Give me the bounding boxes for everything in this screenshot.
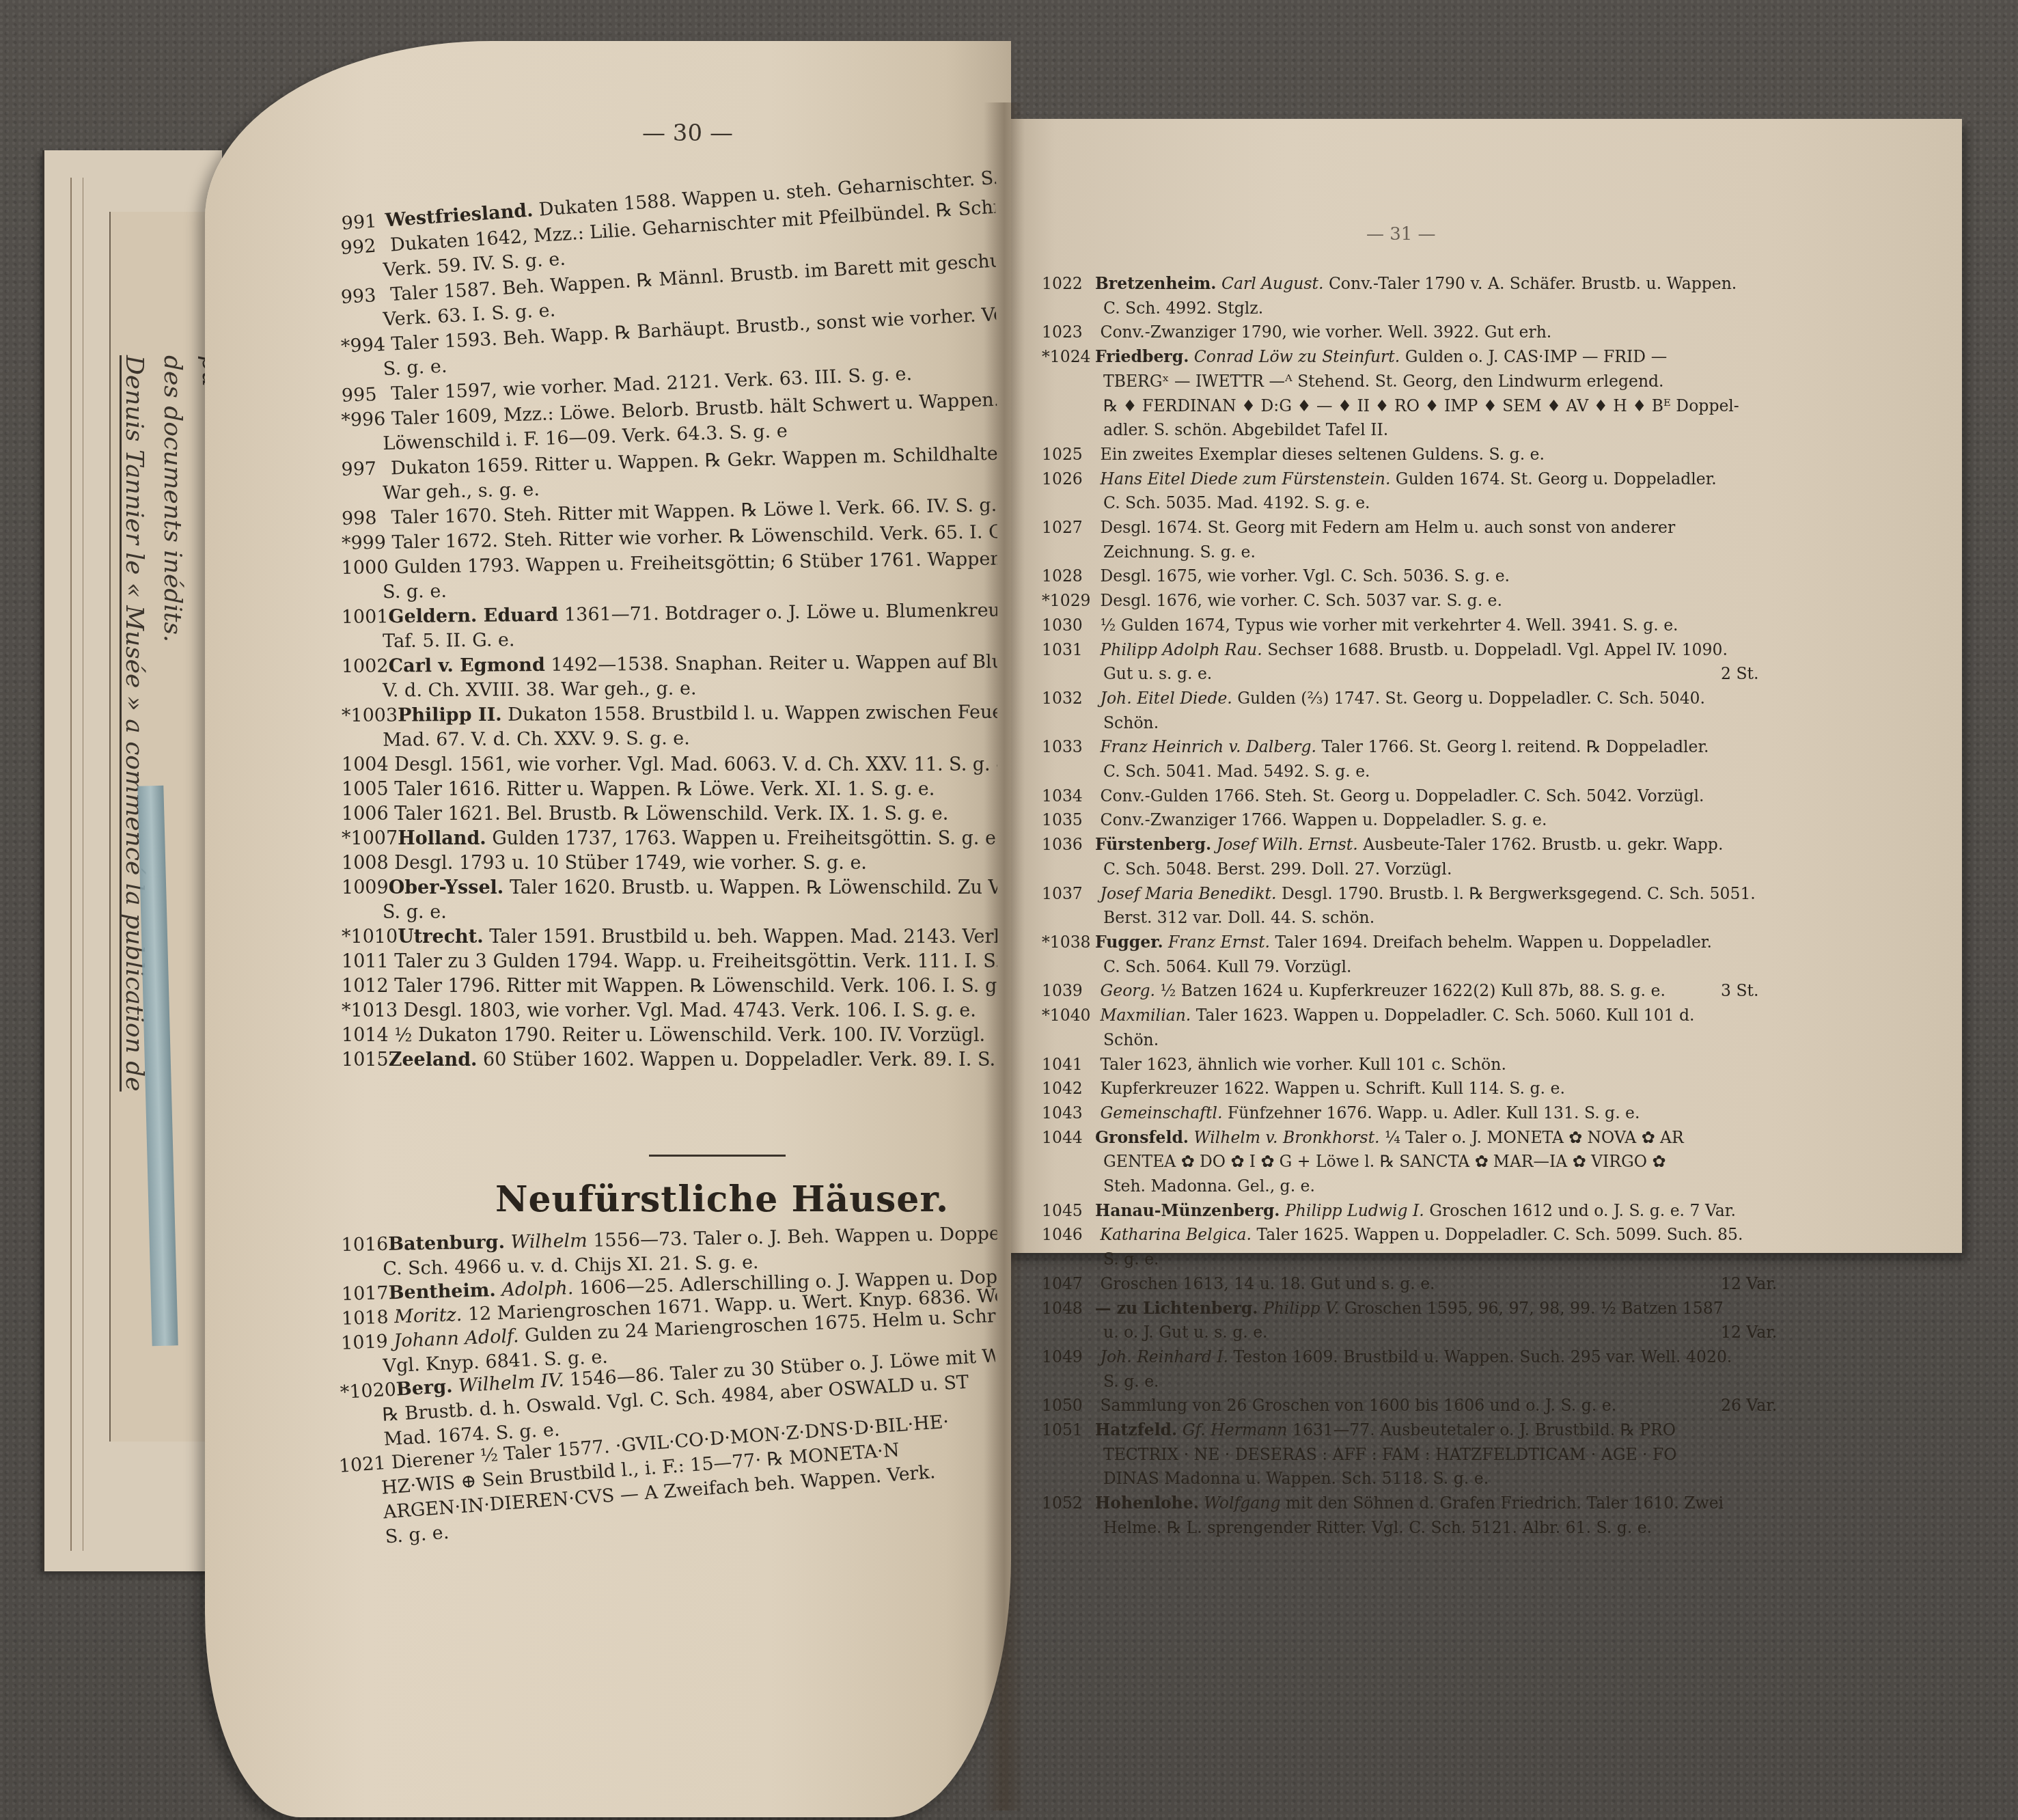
catalogue-entry: 1027 Desgl. 1674. St. Georg mit Federn a… <box>1042 516 1786 564</box>
catalogue-entry: 1006 Taler 1621. Bel. Brustb. ℞ Löwensch… <box>342 802 997 827</box>
catalogue-entry: 1032 Joh. Eitel Diede. Gulden (⅔) 1747. … <box>1042 687 1786 735</box>
entry-description: Desgl. 1676, wie vorher. C. Sch. 5037 va… <box>1100 591 1502 610</box>
entry-continuation: C. Sch. 5041. Mad. 5492. S. g. e. <box>1103 760 1786 784</box>
right-page-entries: 1022Bretzenheim. Carl August. Conv.-Tale… <box>1042 272 1786 1541</box>
catalogue-entry: 1004 Desgl. 1561, wie vorher. Vgl. Mad. … <box>342 753 997 777</box>
entry-place: Utrecht. <box>398 926 483 948</box>
lot-number: 1046 <box>1042 1223 1095 1247</box>
lot-number: 1033 <box>1042 735 1095 760</box>
catalogue-entry: 1012 Taler 1796. Ritter mit Wappen. ℞ Lö… <box>342 974 997 999</box>
lot-number: *1038 <box>1042 930 1095 955</box>
entry-description: Conv.-Gulden 1766. Steh. St. Georg u. Do… <box>1100 786 1704 805</box>
entry-description: Desgl. 1561, wie vorher. Vgl. Mad. 6063.… <box>394 754 997 775</box>
entry-continuation: GENTEA ✿ DO ✿ I ✿ G + Löwe l. ℞ SANCTA ✿… <box>1103 1150 1786 1174</box>
lot-number: 992 <box>340 234 385 261</box>
catalogue-entry: 1036Fürstenberg. Josef Wilh. Ernst. Ausb… <box>1042 833 1786 881</box>
lot-number: *1020 <box>340 1377 397 1405</box>
lot-number: 1045 <box>1042 1199 1095 1224</box>
lot-number: 995 <box>341 383 385 409</box>
entry-ruler: Katharina Belgica. <box>1100 1225 1251 1244</box>
entry-ruler: Josef Wilh. Ernst. <box>1217 835 1358 854</box>
lot-number: *996 <box>341 407 386 433</box>
entry-description: Conv.-Zwanziger 1766. Wappen u. Doppelad… <box>1100 810 1547 829</box>
cover-border-rule <box>70 178 72 1551</box>
entry-description: Taler 1620. Brustb. u. Wappen. ℞ Löwensc… <box>510 877 997 898</box>
entry-place: Gronsfeld. <box>1095 1128 1189 1147</box>
lot-number: 1004 <box>342 753 389 777</box>
entry-ruler: Joh. Eitel Diede. <box>1100 689 1232 708</box>
entry-place: Fürstenberg. <box>1095 835 1211 854</box>
entry-description: Ausbeute-Taler 1762. Brustb. u. gekr. Wa… <box>1363 835 1723 854</box>
entry-ruler: Maxmilian. <box>1100 1006 1191 1025</box>
entry-continuation: C. Sch. 4992. Stglz. <box>1103 297 1786 321</box>
lot-number: *1029 <box>1042 589 1095 613</box>
entry-continuation: C. Sch. 5048. Berst. 299. Doll. 27. Vorz… <box>1103 857 1786 882</box>
catalogue-entry: *1029 Desgl. 1676, wie vorher. C. Sch. 5… <box>1042 589 1786 613</box>
entry-continuation: TBERGˣ — IWETTR —ᴬ Stehend. St. Georg, d… <box>1103 370 1786 394</box>
entry-description: 1492—1538. Snaphan. Reiter u. Wappen auf… <box>551 651 997 676</box>
catalogue-entry: 1043 Gemeinschaftl. Fünfzehner 1676. Wap… <box>1042 1101 1786 1126</box>
entry-ruler: Gf. Hermann <box>1183 1420 1288 1439</box>
lot-number: *1010 <box>342 925 398 950</box>
entry-ruler: Wilhelm v. Bronkhorst. <box>1194 1128 1380 1147</box>
lot-number: 1012 <box>342 974 389 999</box>
entry-description: mit den Söhnen d. Grafen Friedrich. Tale… <box>1286 1493 1724 1513</box>
lot-number: 1043 <box>1042 1101 1095 1126</box>
entry-continuation: Schön. <box>1103 1028 1786 1053</box>
entry-description: Kupferkreuzer 1622. Wappen u. Schrift. K… <box>1100 1079 1564 1098</box>
entry-description: Gulden o. J. CAS·IMP — FRID — <box>1405 347 1667 366</box>
entry-continuation: Gut u. s. g. e. <box>1103 662 1786 687</box>
entry-ruler: Wilhelm <box>510 1230 588 1253</box>
entry-description: Groschen 1612 und o. J. S. g. e. 7 Var. <box>1429 1201 1736 1220</box>
catalogue-entry: 1045Hanau-Münzenberg. Philipp Ludwig I. … <box>1042 1199 1786 1224</box>
lot-number: *999 <box>342 531 387 556</box>
lot-number: 1031 <box>1042 638 1095 663</box>
lot-number: *1003 <box>342 704 398 728</box>
catalogue-entry: 1050 Sammlung von 26 Groschen von 1600 b… <box>1042 1394 1786 1418</box>
entry-continuation: Steh. Madonna. Gel., g. e. <box>1103 1174 1786 1199</box>
lot-number: 1028 <box>1042 564 1095 589</box>
catalogue-entry: 1052Hohenlohe. Wolfgang mit den Söhnen d… <box>1042 1491 1786 1540</box>
entry-ruler: Carl August. <box>1221 274 1323 293</box>
entry-ruler: Johann Adolf. <box>393 1325 519 1352</box>
entry-description: Taler 1625. Wappen u. Doppeladler. C. Sc… <box>1256 1225 1743 1244</box>
entry-description: Desgl. 1675, wie vorher. Vgl. C. Sch. 50… <box>1100 566 1510 585</box>
catalogue-entry: *1040 Maxmilian. Taler 1623. Wappen u. D… <box>1042 1004 1786 1052</box>
catalogue-entry: *1003Philipp II. Dukaton 1558. Brustbild… <box>342 700 997 753</box>
entry-place: Holland. <box>398 828 486 849</box>
cover-border-rule <box>83 178 83 1551</box>
entry-description: Desgl. 1793 u. 10 Stüber 1749, wie vorhe… <box>394 853 867 874</box>
entry-description: Taler zu 3 Gulden 1794. Wapp. u. Freihei… <box>394 951 997 972</box>
lot-number: 1025 <box>1042 443 1095 467</box>
lot-number: 997 <box>341 456 385 482</box>
section-divider <box>649 1155 786 1157</box>
entry-continuation: Berst. 312 var. Doll. 44. S. schön. <box>1103 906 1786 930</box>
entry-continuation: DINAS Madonna u. Wappen. Sch. 5118. S. g… <box>1103 1467 1786 1491</box>
entry-description: Desgl. 1674. St. Georg mit Federn am Hel… <box>1100 518 1675 537</box>
entry-ruler: Adolph. <box>501 1278 574 1301</box>
entry-place: Bentheim. <box>388 1280 496 1304</box>
catalogue-entry: 1031 Philipp Adolph Rau. Sechser 1688. B… <box>1042 638 1786 687</box>
catalogue-entry: *1013 Desgl. 1803, wie vorher. Vgl. Mad.… <box>342 999 997 1023</box>
catalogue-entry: 1028 Desgl. 1675, wie vorher. Vgl. C. Sc… <box>1042 564 1786 589</box>
lot-number: 1035 <box>1042 808 1095 833</box>
entry-ruler: Franz Ernst. <box>1168 933 1270 952</box>
entry-ruler: Philipp V. <box>1263 1299 1339 1318</box>
catalogue-entry: 1041 Taler 1623, ähnlich wie vorher. Kul… <box>1042 1053 1786 1077</box>
catalogue-entry: 1034 Conv.-Gulden 1766. Steh. St. Georg … <box>1042 784 1786 809</box>
entry-description: Sechser 1688. Brustb. u. Doppeladl. Vgl.… <box>1267 640 1728 659</box>
entry-ruler: Philipp Adolph Rau. <box>1100 640 1262 659</box>
lot-number: 1006 <box>342 802 389 827</box>
lot-number: 1051 <box>1042 1418 1095 1443</box>
lot-number: *994 <box>340 333 386 359</box>
lot-number: 1036 <box>1042 833 1095 857</box>
lot-number: 1039 <box>1042 979 1095 1004</box>
entry-continuation: ℞ ♦ FERDINAN ♦ D:G ♦ — ♦ II ♦ RO ♦ IMP ♦… <box>1103 394 1786 419</box>
entry-description: Conv.-Taler 1790 v. A. Schäfer. Brustb. … <box>1329 274 1737 293</box>
entry-place: Berg. <box>396 1376 453 1401</box>
catalogue-entry: 1002Carl v. Egmond 1492—1538. Snaphan. R… <box>342 650 997 704</box>
entry-description: Desgl. 1803, wie vorher. Vgl. Mad. 4743.… <box>404 1000 976 1021</box>
lot-number: 1005 <box>342 777 389 802</box>
entry-description: Taler 1766. St. Georg l. reitend. ℞ Dopp… <box>1322 737 1709 756</box>
entry-place: Hatzfeld. <box>1095 1420 1177 1439</box>
lot-number: 1019 <box>340 1329 388 1356</box>
catalogue-entry: *1010Utrecht. Taler 1591. Brustbild u. b… <box>342 925 997 950</box>
entry-description: Dukaton 1558. Brustbild l. u. Wappen zwi… <box>508 701 997 725</box>
entry-place: Geldern. Eduard <box>388 605 558 628</box>
lot-number: 1016 <box>341 1232 388 1258</box>
catalogue-entry: 1001Geldern. Eduard 1361—71. Botdrager o… <box>342 598 998 654</box>
lot-number: 991 <box>341 209 386 236</box>
entry-description: 1631—77. Ausbeutetaler o. J. Brustbild. … <box>1293 1420 1676 1439</box>
entry-place: Carl v. Egmond <box>388 654 544 677</box>
lot-number: 1044 <box>1042 1126 1095 1150</box>
entry-ruler: Georg. <box>1100 981 1155 1000</box>
entry-place: Fugger. <box>1095 933 1163 952</box>
catalogue-entry: 1023 Conv.-Zwanziger 1790, wie vorher. W… <box>1042 320 1786 345</box>
catalogue-entry: 1005 Taler 1616. Ritter u. Wappen. ℞ Löw… <box>342 777 997 802</box>
lot-number: 1047 <box>1042 1272 1095 1297</box>
entry-continuation: Schön. <box>1103 711 1786 736</box>
entry-place: Zeeland. <box>389 1049 478 1071</box>
lot-number: 1042 <box>1042 1077 1095 1101</box>
entry-description: 60 Stüber 1602. Wappen u. Doppeladler. V… <box>483 1049 997 1071</box>
entry-continuation: C. Sch. 5035. Mad. 4192. S. g. e. <box>1103 491 1786 516</box>
catalogue-entry: 1037 Josef Maria Benedikt. Desgl. 1790. … <box>1042 882 1786 930</box>
catalogue-entry: 1046 Katharina Belgica. Taler 1625. Wapp… <box>1042 1223 1786 1271</box>
entry-description: Groschen 1613, 14 u. 18. Gut und s. g. e… <box>1100 1274 1435 1293</box>
entry-description: Fünfzehner 1676. Wapp. u. Adler. Kull 13… <box>1228 1103 1640 1122</box>
entry-description: Taler 1694. Dreifach behelm. Wappen u. D… <box>1275 933 1712 952</box>
entry-continuation: Taf. 5. II. G. e. <box>383 623 997 654</box>
entry-ruler: Hans Eitel Diede zum Fürstenstein. <box>1100 469 1390 488</box>
catalogue-entry: 1039 Georg. ½ Batzen 1624 u. Kupferkreuz… <box>1042 979 1786 1004</box>
entry-ruler: Wilhelm IV. <box>458 1370 564 1397</box>
entry-description: ¼ Taler o. J. MONETA ✿ NOVA ✿ AR <box>1385 1128 1684 1147</box>
entry-description: Ein zweites Exemplar dieses seltenen Gul… <box>1100 445 1544 464</box>
catalogue-entry: 1022Bretzenheim. Carl August. Conv.-Tale… <box>1042 272 1786 320</box>
lot-number: 1037 <box>1042 882 1095 907</box>
entry-ruler: Conrad Löw zu Steinfurt. <box>1194 347 1400 366</box>
lot-number: *1024 <box>1042 345 1095 370</box>
entry-place: Ober-Yssel. <box>389 877 504 898</box>
entry-continuation: Zeichnung. S. g. e. <box>1103 540 1786 565</box>
lot-number: 1026 <box>1042 467 1095 492</box>
catalogue-entry: 1011 Taler zu 3 Gulden 1794. Wapp. u. Fr… <box>342 950 997 974</box>
entry-place: Philipp II. <box>398 704 502 726</box>
section-heading: Neufürstliche Häuser. <box>495 1178 949 1220</box>
lot-number: 1041 <box>1042 1053 1095 1077</box>
catalogue-entry: 1049 Joh. Reinhard I. Teston 1609. Brust… <box>1042 1345 1786 1394</box>
entry-description: ½ Batzen 1624 u. Kupferkreuzer 1622(2) K… <box>1161 981 1665 1000</box>
left-page-entries: 991Westfriesland. Dukaten 1588. Wappen u… <box>342 212 997 1073</box>
catalogue-entry: 1047 Groschen 1613, 14 u. 18. Gut und s.… <box>1042 1272 1786 1297</box>
entry-continuation: Helme. ℞ L. sprengender Ritter. Vgl. C. … <box>1103 1516 1786 1541</box>
catalogue-entry: *1024Friedberg. Conrad Löw zu Steinfurt.… <box>1042 345 1786 443</box>
catalogue-entry: 1051Hatzfeld. Gf. Hermann 1631—77. Ausbe… <box>1042 1418 1786 1491</box>
entry-continuation: u. o. J. Gut u. s. g. e. <box>1103 1321 1786 1345</box>
lot-number: 1000 <box>341 555 388 581</box>
lot-number: 1009 <box>342 876 389 900</box>
lot-number: 1023 <box>1042 320 1095 345</box>
catalogue-entry: 1030 ½ Gulden 1674, Typus wie vorher mit… <box>1042 613 1786 638</box>
lot-number: 1050 <box>1042 1394 1095 1418</box>
lot-number: 1027 <box>1042 516 1095 540</box>
lot-number: 1048 <box>1042 1297 1095 1321</box>
entry-description: Taler 1623, ähnlich wie vorher. Kull 101… <box>1100 1055 1506 1074</box>
lot-number: 1017 <box>342 1281 389 1307</box>
entry-description: Gulden 1674. St. Georg u. Doppeladler. <box>1396 469 1717 488</box>
lot-number: 1021 <box>338 1451 387 1479</box>
entry-continuation: S. g. e. <box>1103 1247 1786 1272</box>
lot-number: 1049 <box>1042 1345 1095 1370</box>
entry-description: Gulden (⅔) 1747. St. Georg u. Doppeladle… <box>1237 689 1705 708</box>
lot-number: 1015 <box>342 1048 389 1073</box>
lot-number: 1018 <box>341 1306 389 1332</box>
entry-description: Taler 1621. Bel. Brustb. ℞ Löwenschild. … <box>394 803 948 825</box>
entry-place: Friedberg. <box>1095 347 1189 366</box>
lot-number: *1013 <box>342 999 398 1023</box>
lot-number: 1030 <box>1042 613 1095 638</box>
page-number-left: — 30 — <box>642 120 733 147</box>
entry-continuation: C. Sch. 5064. Kull 79. Vorzügl. <box>1103 955 1786 980</box>
entry-description: Groschen 1595, 96, 97, 98, 99. ½ Batzen … <box>1344 1299 1724 1318</box>
catalogue-entry: 1044Gronsfeld. Wilhelm v. Bronkhorst. ¼ … <box>1042 1126 1786 1199</box>
lot-number: 1008 <box>342 851 389 876</box>
entry-ruler: Josef Maria Benedikt. <box>1100 884 1276 903</box>
entry-continuation: S. g. e. <box>1103 1370 1786 1394</box>
entry-ruler: Philipp Ludwig I. <box>1285 1201 1424 1220</box>
entry-place: Batenburg. <box>388 1232 505 1255</box>
entry-description: Sammlung von 26 Groschen von 1600 bis 16… <box>1100 1396 1616 1415</box>
lot-number: 1001 <box>342 605 389 630</box>
entry-ruler: Franz Heinrich v. Dalberg. <box>1100 737 1316 756</box>
catalogue-entry: 1025 Ein zweites Exemplar dieses seltene… <box>1042 443 1786 467</box>
entry-description: Taler 1623. Wappen u. Doppeladler. C. Sc… <box>1196 1006 1695 1025</box>
catalogue-entry: 1035 Conv.-Zwanziger 1766. Wappen u. Dop… <box>1042 808 1786 833</box>
lot-number: 1011 <box>342 950 389 974</box>
lot-number: *1040 <box>1042 1004 1095 1028</box>
entry-description: Teston 1609. Brustbild u. Wappen. Such. … <box>1234 1347 1732 1366</box>
lot-number: 1034 <box>1042 784 1095 809</box>
page-number-right: — 31 — <box>1366 224 1436 245</box>
entry-description: Taler 1616. Ritter u. Wappen. ℞ Löwe. Ve… <box>394 779 935 800</box>
entry-continuation: TECTRIX · NE · DESERAS : AFF : FAM : HAT… <box>1103 1443 1786 1467</box>
lot-number: 1014 <box>342 1023 389 1048</box>
catalogue-entry: 1026 Hans Eitel Diede zum Fürstenstein. … <box>1042 467 1786 516</box>
entry-continuation: adler. S. schön. Abgebildet Tafel II. <box>1103 418 1786 443</box>
entry-description: Taler 1591. Brustbild u. beh. Wappen. Ma… <box>489 926 997 948</box>
lot-number: 1002 <box>342 654 389 679</box>
entry-description: ½ Dukaton 1790. Reiter u. Löwenschild. V… <box>394 1025 985 1046</box>
lot-number: *1007 <box>342 827 398 851</box>
entry-ruler: Wolfgang <box>1204 1493 1280 1513</box>
catalogue-entry: 1048— zu Lichtenberg. Philipp V. Grosche… <box>1042 1297 1786 1345</box>
lot-number: 993 <box>340 283 385 310</box>
entry-ruler: Gemeinschaftl. <box>1100 1103 1222 1122</box>
catalogue-entry: *1038Fugger. Franz Ernst. Taler 1694. Dr… <box>1042 930 1786 979</box>
entry-description: ½ Gulden 1674, Typus wie vorher mit verk… <box>1100 616 1678 635</box>
catalogue-entry: *1007Holland. Gulden 1737, 1763. Wappen … <box>342 827 997 851</box>
catalogue-entry: 1009Ober-Yssel. Taler 1620. Brustb. u. W… <box>342 876 997 925</box>
entry-place: Hohenlohe. <box>1095 1493 1199 1513</box>
entry-continuation: V. d. Ch. XVIII. 38. War geh., g. e. <box>383 674 997 703</box>
entry-description: 1361—71. Botdrager o. J. Löwe u. Blumenk… <box>564 599 997 626</box>
entry-ruler: Joh. Reinhard I. <box>1100 1347 1228 1366</box>
catalogue-entry: 1000 Gulden 1793. Wappen u. Freiheitsgöt… <box>341 547 997 605</box>
catalogue-entry: 1042 Kupferkreuzer 1622. Wappen u. Schri… <box>1042 1077 1786 1101</box>
entry-description: Taler 1796. Ritter mit Wappen. ℞ Löwensc… <box>394 976 997 997</box>
entry-description: Gulden 1737, 1763. Wappen u. Freiheitsgö… <box>492 828 997 849</box>
catalogue-entry: 1033 Franz Heinrich v. Dalberg. Taler 17… <box>1042 735 1786 784</box>
entry-ruler: Moritz. <box>394 1304 462 1327</box>
lot-number: 1022 <box>1042 272 1095 297</box>
entry-place: Bretzenheim. <box>1095 274 1216 293</box>
catalogue-entry: 1015Zeeland. 60 Stüber 1602. Wappen u. D… <box>342 1048 997 1073</box>
left-page-section-entries: 1016Batenburg. Wilhelm 1556—73. Taler o.… <box>342 1233 997 1553</box>
catalogue-entry: 1008 Desgl. 1793 u. 10 Stüber 1749, wie … <box>342 851 997 876</box>
entry-continuation: Mad. 67. V. d. Ch. XXV. 9. S. g. e. <box>383 725 997 753</box>
entry-description: Conv.-Zwanziger 1790, wie vorher. Well. … <box>1100 322 1551 342</box>
entry-place: — zu Lichtenberg. <box>1095 1299 1258 1318</box>
lot-number: 998 <box>342 506 386 532</box>
catalogue-entry: 1014 ½ Dukaton 1790. Reiter u. Löwenschi… <box>342 1023 997 1048</box>
lot-number: 1052 <box>1042 1491 1095 1516</box>
lot-number: 1032 <box>1042 687 1095 711</box>
entry-place: Hanau-Münzenberg. <box>1095 1201 1280 1220</box>
entry-continuation: S. g. e. <box>383 900 997 925</box>
entry-description: Desgl. 1790. Brustb. l. ℞ Bergwerksgegen… <box>1282 884 1756 903</box>
